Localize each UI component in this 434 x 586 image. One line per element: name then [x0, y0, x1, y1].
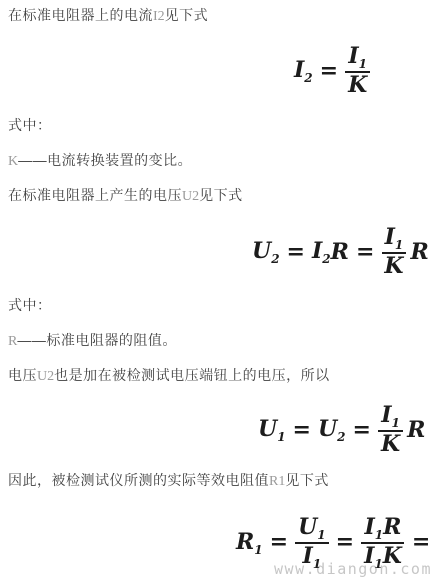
fraction-denominator: K	[378, 432, 403, 456]
text-run: 见下式	[199, 187, 243, 203]
paragraph-current-i2: 在标准电阻器上的电流I2见下式	[8, 6, 208, 26]
fraction: U1 I1	[295, 516, 329, 570]
math-sub: 1	[277, 430, 285, 444]
math-base: R	[236, 529, 254, 555]
inline-symbol-u2: U2	[182, 189, 199, 204]
fraction: I1R I1K	[361, 516, 405, 570]
text-run: 见下式	[285, 472, 329, 488]
text-run: 也是加在被检测试电压端钮上的电压，所以	[54, 367, 330, 383]
fraction-numerator: I1R	[361, 516, 404, 544]
math-base: U	[258, 416, 277, 442]
math-sub: 2	[322, 252, 330, 266]
math-base: U	[318, 416, 337, 442]
inline-symbol-r1: R1	[269, 474, 285, 489]
math-sub: 2	[304, 71, 312, 85]
text-run: ——电流转换装置的变比。	[18, 152, 192, 168]
fraction: I1 K	[378, 404, 403, 456]
text-run: 式中：	[8, 297, 52, 313]
paragraph-voltage-u2: 在标准电阻器上产生的电压U2见下式	[8, 186, 243, 206]
math-var: U2	[318, 418, 346, 443]
label-where-1: 式中：	[8, 116, 52, 134]
equals-sign: =	[412, 531, 430, 554]
math-var: R	[411, 241, 429, 264]
fraction-denominator: I1K	[361, 544, 405, 570]
label-where-2: 式中：	[8, 296, 52, 314]
math-sub: 1	[375, 528, 383, 542]
math-sub: 1	[317, 528, 325, 542]
fraction: I1 K	[345, 45, 370, 97]
formula-u1: U1 = U2 = I1 K R	[258, 404, 425, 456]
text-run: 见下式	[165, 7, 209, 23]
text-run: ——标准电阻器的阻值。	[17, 332, 177, 348]
formula-r1: R1 = U1 I1 = I1R I1K = R K	[236, 516, 434, 570]
text-run: 在标准电阻器上的电流	[8, 7, 153, 23]
math-sub: 2	[337, 430, 345, 444]
fraction-denominator: K	[381, 254, 406, 278]
math-var: I2	[294, 59, 313, 84]
fraction-numerator: U1	[295, 516, 329, 544]
math-base: I	[303, 543, 313, 569]
equals-sign: =	[270, 531, 288, 554]
inline-symbol-k: K	[8, 154, 18, 169]
document-page: 在标准电阻器上的电流I2见下式 I2 = I1 K 式中： K——电流转换装置的…	[0, 0, 434, 586]
inline-symbol-u2: U2	[37, 369, 54, 384]
math-base: I	[312, 238, 322, 264]
math-base: U	[298, 514, 317, 540]
math-base: R	[383, 514, 401, 540]
equals-sign: =	[287, 241, 305, 264]
text-run: 电压	[8, 367, 37, 383]
math-base: I	[364, 543, 374, 569]
paragraph-u2-terminal: 电压U2也是加在被检测试电压端钮上的电压，所以	[8, 366, 330, 386]
definition-r: R——标准电阻器的阻值。	[8, 331, 177, 351]
equals-sign: =	[336, 531, 354, 554]
inline-symbol-i2: I2	[153, 9, 165, 24]
math-var: R	[407, 419, 425, 442]
math-var: U1	[258, 418, 286, 443]
fraction-denominator: K	[345, 73, 370, 97]
fraction-numerator: I1	[345, 45, 370, 73]
math-sub: 1	[359, 57, 367, 71]
equals-sign: =	[353, 419, 371, 442]
math-base: U	[252, 238, 271, 264]
paragraph-conclusion-r1: 因此，被检测试仪所测的实际等效电阻值R1见下式	[8, 471, 329, 491]
math-base: I	[294, 57, 304, 83]
text-run: 因此，被检测试仪所测的实际等效电阻值	[8, 472, 269, 488]
math-base: I	[381, 402, 391, 428]
math-sub: 2	[271, 252, 279, 266]
math-sub: 1	[374, 557, 382, 571]
text-run: 式中：	[8, 117, 52, 133]
math-var: U2	[252, 240, 280, 265]
math-base: I	[348, 43, 358, 69]
math-sub: 1	[392, 416, 400, 430]
text-run: 在标准电阻器上产生的电压	[8, 187, 182, 203]
formula-i2: I2 = I1 K	[294, 45, 370, 97]
math-sub: 1	[395, 238, 403, 252]
equals-sign: =	[293, 419, 311, 442]
definition-k: K——电流转换装置的变比。	[8, 151, 192, 171]
fraction-denominator: I1	[300, 544, 325, 570]
math-base: I	[364, 514, 374, 540]
math-sub: 1	[254, 543, 262, 557]
math-var: R	[331, 241, 349, 264]
fraction-numerator: I1	[382, 226, 407, 254]
math-var: I2	[312, 240, 331, 265]
fraction-numerator: I1	[378, 404, 403, 432]
equals-sign: =	[356, 241, 374, 264]
formula-u2: U2 = I2 R = I1 K R	[252, 226, 429, 278]
math-base: K	[383, 543, 402, 569]
inline-symbol-r: R	[8, 334, 17, 349]
equals-sign: =	[320, 60, 338, 83]
math-var: R1	[236, 531, 263, 556]
fraction: I1 K	[381, 226, 406, 278]
math-base: I	[385, 224, 395, 250]
math-sub: 1	[313, 557, 321, 571]
